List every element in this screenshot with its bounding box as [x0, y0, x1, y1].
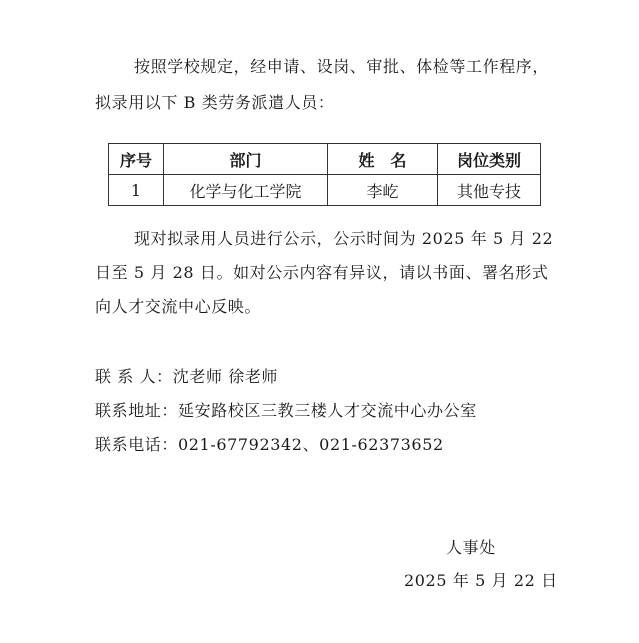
- contact-person: 联 系 人：沈老师 徐老师: [95, 367, 278, 387]
- notice-line-2: 日至 5 月 28 日。如对公示内容有异议，请以书面、署名形式: [95, 263, 548, 283]
- signature-department: 人事处: [446, 538, 496, 558]
- cell-department: 化学与化工学院: [164, 175, 328, 206]
- contact-phone: 联系电话：021-67792342、021-62373652: [95, 435, 444, 455]
- table-header-row: 序号 部门 姓 名 岗位类别: [109, 144, 541, 175]
- contact-address: 联系地址：延安路校区三教三楼人才交流中心办公室: [95, 401, 477, 421]
- signature-date: 2025 年 5 月 22 日: [404, 571, 558, 591]
- cell-index: 1: [109, 175, 164, 206]
- table-row: 1 化学与化工学院 李屹 其他专技: [109, 175, 541, 206]
- notice-line-3: 向人才交流中心反映。: [95, 297, 261, 317]
- header-name: 姓 名: [328, 144, 438, 175]
- cell-position-type: 其他专技: [438, 175, 541, 206]
- intro-line-1: 按照学校规定，经申请、设岗、审批、体检等工作程序，: [134, 57, 549, 77]
- notice-line-1: 现对拟录用人员进行公示，公示时间为 2025 年 5 月 22: [134, 229, 553, 249]
- header-department: 部门: [164, 144, 328, 175]
- header-position-type: 岗位类别: [438, 144, 541, 175]
- hire-table: 序号 部门 姓 名 岗位类别 1 化学与化工学院 李屹 其他专技: [108, 143, 541, 206]
- cell-name: 李屹: [328, 175, 438, 206]
- intro-line-2: 拟录用以下 B 类劳务派遣人员：: [95, 93, 335, 113]
- header-index: 序号: [109, 144, 164, 175]
